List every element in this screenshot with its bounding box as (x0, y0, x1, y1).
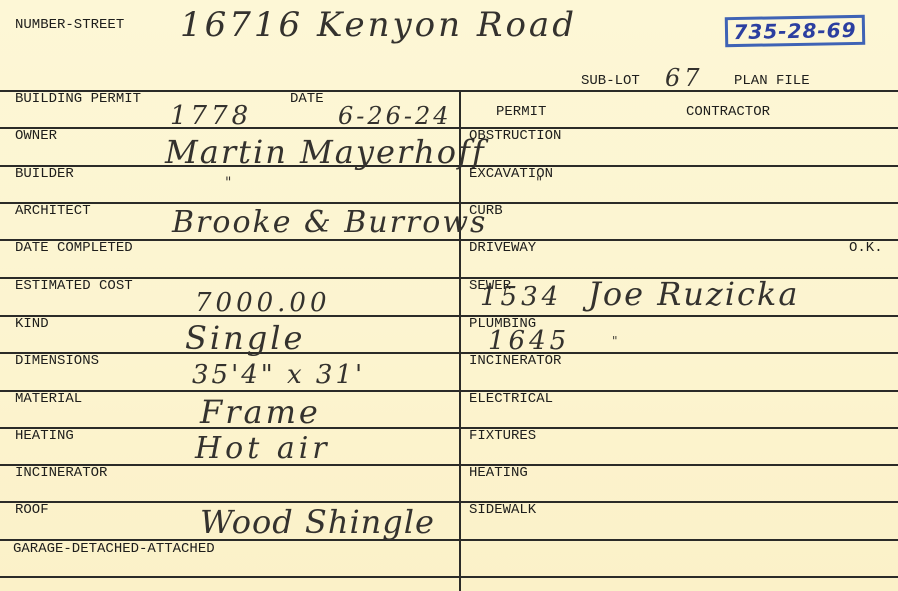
dimensions-label: DIMENSIONS (15, 353, 99, 369)
permit-card: NUMBER-STREET 16716 Kenyon Road 735-28-6… (0, 0, 898, 591)
plumbing-contractor-value: " (612, 335, 718, 347)
rule-line (0, 352, 898, 354)
permit-column-header: PERMIT (496, 104, 546, 120)
heating-label: HEATING (15, 428, 74, 444)
incinerator-permit-label: INCINERATOR (469, 353, 561, 369)
rule-line (0, 501, 898, 503)
plan-file-label: PLAN FILE (734, 73, 810, 89)
driveway-label: DRIVEWAY (469, 240, 536, 256)
kind-value: Single (185, 322, 305, 354)
heating-value: Hot air (195, 434, 331, 464)
rule-line (0, 202, 898, 204)
rule-line (0, 390, 898, 392)
driveway-value: O.K. (849, 240, 883, 256)
sub-lot-label: SUB-LOT (581, 73, 640, 89)
building-permit-value: 1778 (170, 103, 252, 129)
heating-permit-label: HEATING (469, 465, 528, 481)
date-label: DATE (290, 91, 324, 107)
builder-label: BUILDER (15, 166, 74, 182)
roof-value: Wood Shingle (200, 506, 435, 538)
roof-label: ROOF (15, 502, 49, 518)
date-value: 6-26-24 (338, 104, 452, 128)
fixtures-label: FIXTURES (469, 428, 536, 444)
date-completed-label: DATE COMPLETED (15, 240, 133, 256)
sub-lot-value: 67 (665, 66, 704, 90)
architect-value: Brooke & Burrows (172, 208, 487, 238)
sewer-contractor-value: Joe Ruzicka (588, 278, 799, 310)
material-label: MATERIAL (15, 391, 82, 407)
material-value: Frame (200, 396, 321, 428)
kind-label: KIND (15, 316, 49, 332)
building-permit-label: BUILDING PERMIT (15, 91, 141, 107)
number-street-label: NUMBER-STREET (15, 17, 124, 33)
builder-value: " " (225, 176, 692, 190)
obstruction-label: OBSTRUCTION (469, 128, 561, 144)
rule-line (0, 427, 898, 429)
rule-line (0, 315, 898, 317)
estimated-cost-label: ESTIMATED COST (15, 278, 133, 294)
estimated-cost-value: 7000.00 (195, 290, 331, 316)
plumbing-permit-value: 1645 (488, 328, 570, 354)
contractor-column-header: CONTRACTOR (686, 104, 770, 120)
architect-label: ARCHITECT (15, 203, 91, 219)
rule-line (0, 576, 898, 578)
owner-value: Martin Mayerhoff (165, 136, 486, 168)
electrical-label: ELECTRICAL (469, 391, 553, 407)
record-number-stamp: 735-28-69 (725, 15, 866, 47)
sidewalk-label: SIDEWALK (469, 502, 536, 518)
curb-label: CURB (469, 203, 503, 219)
incinerator-label: INCINERATOR (15, 465, 107, 481)
dimensions-value: 35'4" x 31' (192, 362, 365, 388)
rule-line (0, 464, 898, 466)
garage-label: GARAGE-DETACHED-ATTACHED (13, 541, 215, 557)
owner-label: OWNER (15, 128, 57, 144)
sewer-permit-value: 1534 (480, 284, 562, 310)
excavation-label: EXCAVATION (469, 166, 553, 182)
number-street-value: 16716 Kenyon Road (180, 8, 577, 42)
